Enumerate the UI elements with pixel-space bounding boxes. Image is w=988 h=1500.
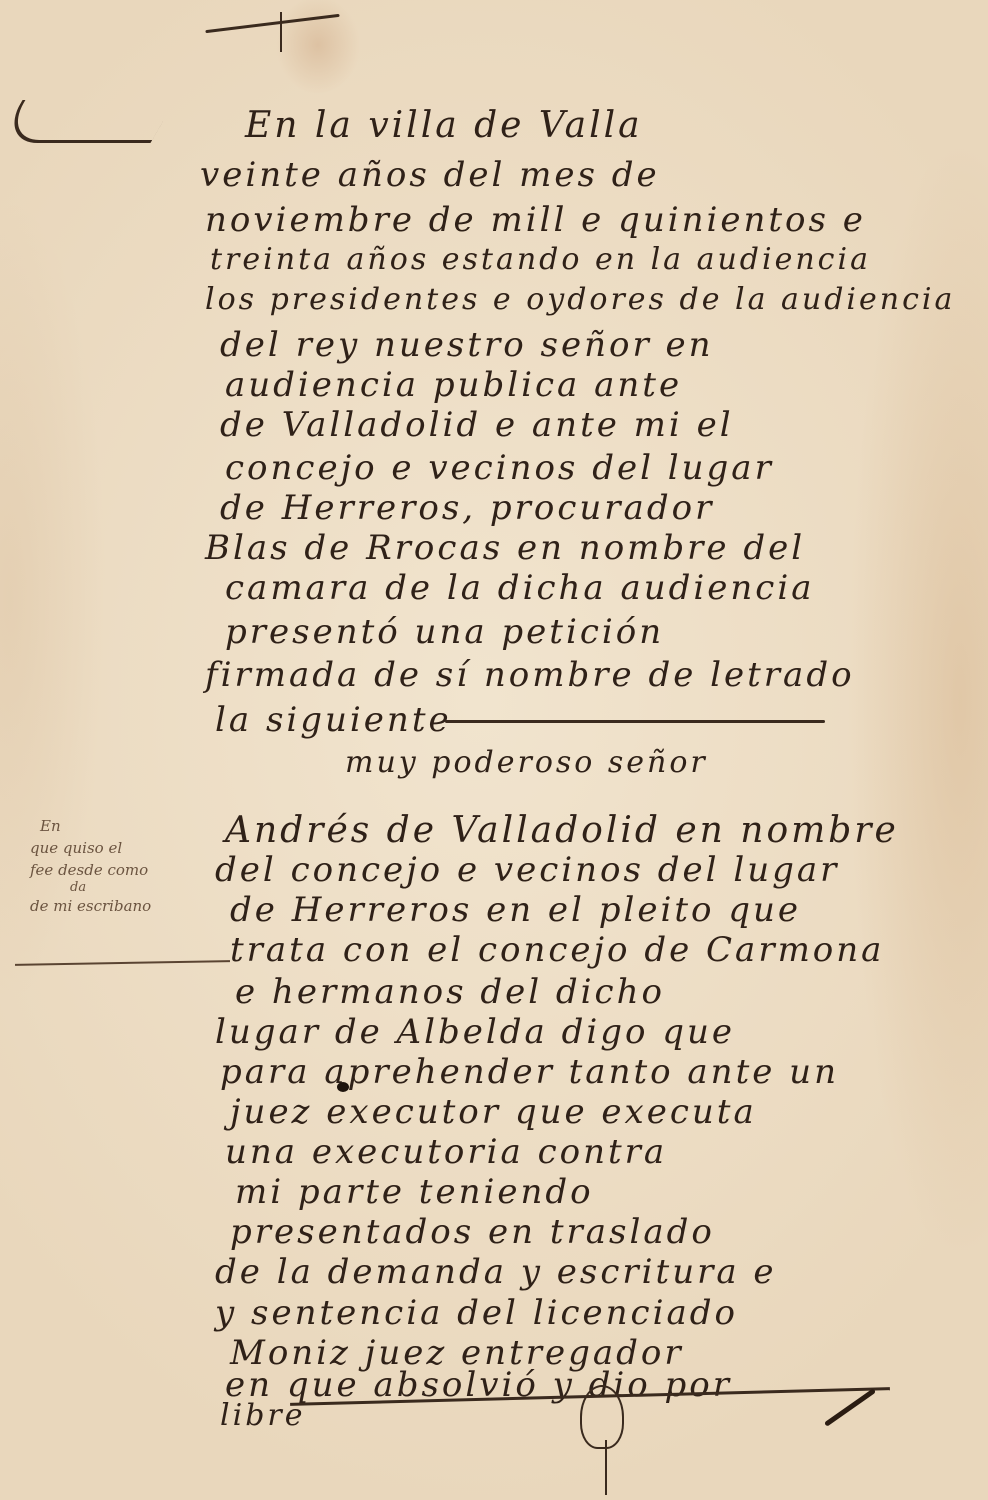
ink-blot — [337, 1082, 349, 1092]
body-line: presentó una petición — [225, 612, 664, 652]
petition-line: e hermanos del dicho — [235, 972, 665, 1012]
body-line: audiencia publica ante — [225, 365, 682, 405]
margin-rule — [15, 960, 230, 966]
petition-line: mi parte teniendo — [235, 1172, 594, 1212]
petition-line: para aprehender tanto ante un — [220, 1052, 839, 1092]
body-line: del rey nuestro señor en — [220, 325, 714, 365]
body-line: concejo e vecinos del lugar — [225, 448, 774, 488]
body-line: treinta años estando en la audiencia — [210, 242, 871, 277]
petition-line: y sentencia del licenciado — [215, 1293, 738, 1333]
margin-note-line: de mi escribano — [30, 895, 230, 917]
closing-flourish — [824, 1388, 876, 1427]
petition-line: lugar de Albelda digo que — [215, 1012, 735, 1052]
petition-line: juez executor que executa — [230, 1092, 757, 1132]
line-filler-stroke — [445, 720, 825, 723]
margin-note-line: En — [30, 815, 230, 837]
body-line: En la villa de Valla — [245, 105, 643, 146]
opening-flourish — [0, 100, 175, 143]
rubric-signature — [580, 1385, 624, 1449]
body-line: los presidentes e oydores de la audienci… — [205, 282, 955, 317]
header-cross-bar — [205, 14, 339, 33]
manuscript-page: En la villa de Valla veinte años del mes… — [0, 0, 988, 1500]
body-line: de Valladolid e ante mi el — [220, 405, 734, 445]
body-line: veinte años del mes de — [200, 155, 660, 195]
salutation: muy poderoso señor — [345, 745, 708, 780]
margin-annotation: En que quiso el fee desde como da de mi … — [30, 815, 230, 917]
petition-line: del concejo e vecinos del lugar — [215, 850, 839, 890]
header-cross-stem — [280, 12, 282, 52]
petition-line: trata con el concejo de Carmona — [230, 930, 884, 970]
petition-line: de la demanda y escritura e — [215, 1252, 777, 1292]
rubric-tail — [605, 1440, 607, 1495]
petition-line: de Herreros en el pleito que — [230, 890, 801, 930]
petition-line: Andrés de Valladolid en nombre — [225, 810, 899, 851]
margin-note-line: da — [30, 881, 230, 895]
petition-line: una executoria contra — [225, 1132, 667, 1172]
body-line: camara de la dicha audiencia — [225, 568, 814, 608]
margin-note-line: fee desde como — [30, 859, 230, 881]
body-line: noviembre de mill e quinientos e — [205, 200, 866, 240]
body-line: la siguiente — [215, 700, 452, 740]
margin-note-line: que quiso el — [30, 837, 230, 859]
petition-line: presentados en traslado — [230, 1212, 715, 1252]
body-line: firmada de sí nombre de letrado — [205, 655, 855, 695]
body-line: de Herreros, procurador — [220, 488, 714, 528]
body-line: Blas de Rrocas en nombre del — [205, 528, 805, 568]
